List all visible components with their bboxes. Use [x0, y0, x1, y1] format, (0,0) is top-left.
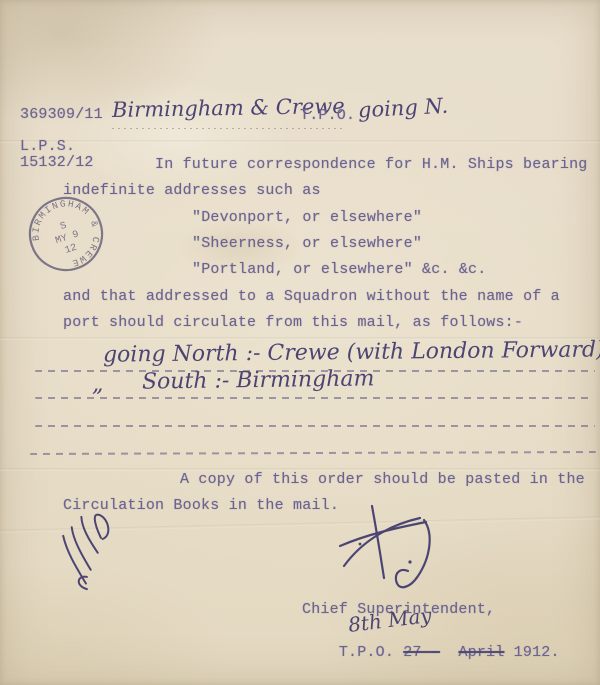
- lps-code: L.P.S.: [20, 138, 75, 155]
- postmark-index-letter: S: [59, 221, 68, 233]
- route-underline: [112, 128, 344, 129]
- route-direction-handwritten: going N.: [357, 94, 448, 123]
- ditto-mark: „: [92, 372, 103, 397]
- date-struck-day: 27 –: [403, 644, 440, 661]
- date-struck-month: April: [458, 644, 504, 661]
- ruled-line-4: [30, 451, 596, 455]
- body-line-1: In future correspondence for H.M. Ships …: [155, 156, 587, 173]
- ruled-line-3: [35, 425, 595, 427]
- closing-note-1: A copy of this order should be pasted in…: [180, 471, 585, 488]
- date-line: T.P.O. 27 – April 1912.: [302, 627, 560, 678]
- tpo-label: T.P.O.: [300, 107, 355, 124]
- date-tpo-label: T.P.O.: [339, 644, 394, 661]
- ruled-line-2: [35, 397, 591, 399]
- body-line-3: and that addressed to a Squadron without…: [63, 288, 560, 305]
- quoted-address-2: "Sheerness, or elsewhere": [192, 235, 422, 252]
- manuscript-line-2: South :- Birmingham: [142, 366, 375, 394]
- signature-monogram: [330, 500, 462, 600]
- quoted-address-3: "Portland, or elsewhere" &c. &c.: [192, 261, 486, 278]
- body-line-4: port should circulate from this mail, as…: [63, 314, 523, 331]
- manuscript-line-1: going North :- Crewe (with London Forwar…: [103, 337, 600, 367]
- quoted-address-1: "Devonport, or elsewhere": [192, 209, 422, 226]
- closing-note-2: Circulation Books in the mail.: [63, 497, 339, 514]
- document-scan: 369309/11 Birmingham & Crewe T.P.O. goin…: [0, 0, 600, 685]
- date-year: 1912.: [514, 644, 560, 661]
- paper-crease: [0, 140, 600, 143]
- postmark-year: 12: [64, 243, 79, 257]
- file-number: 369309/11: [20, 106, 103, 123]
